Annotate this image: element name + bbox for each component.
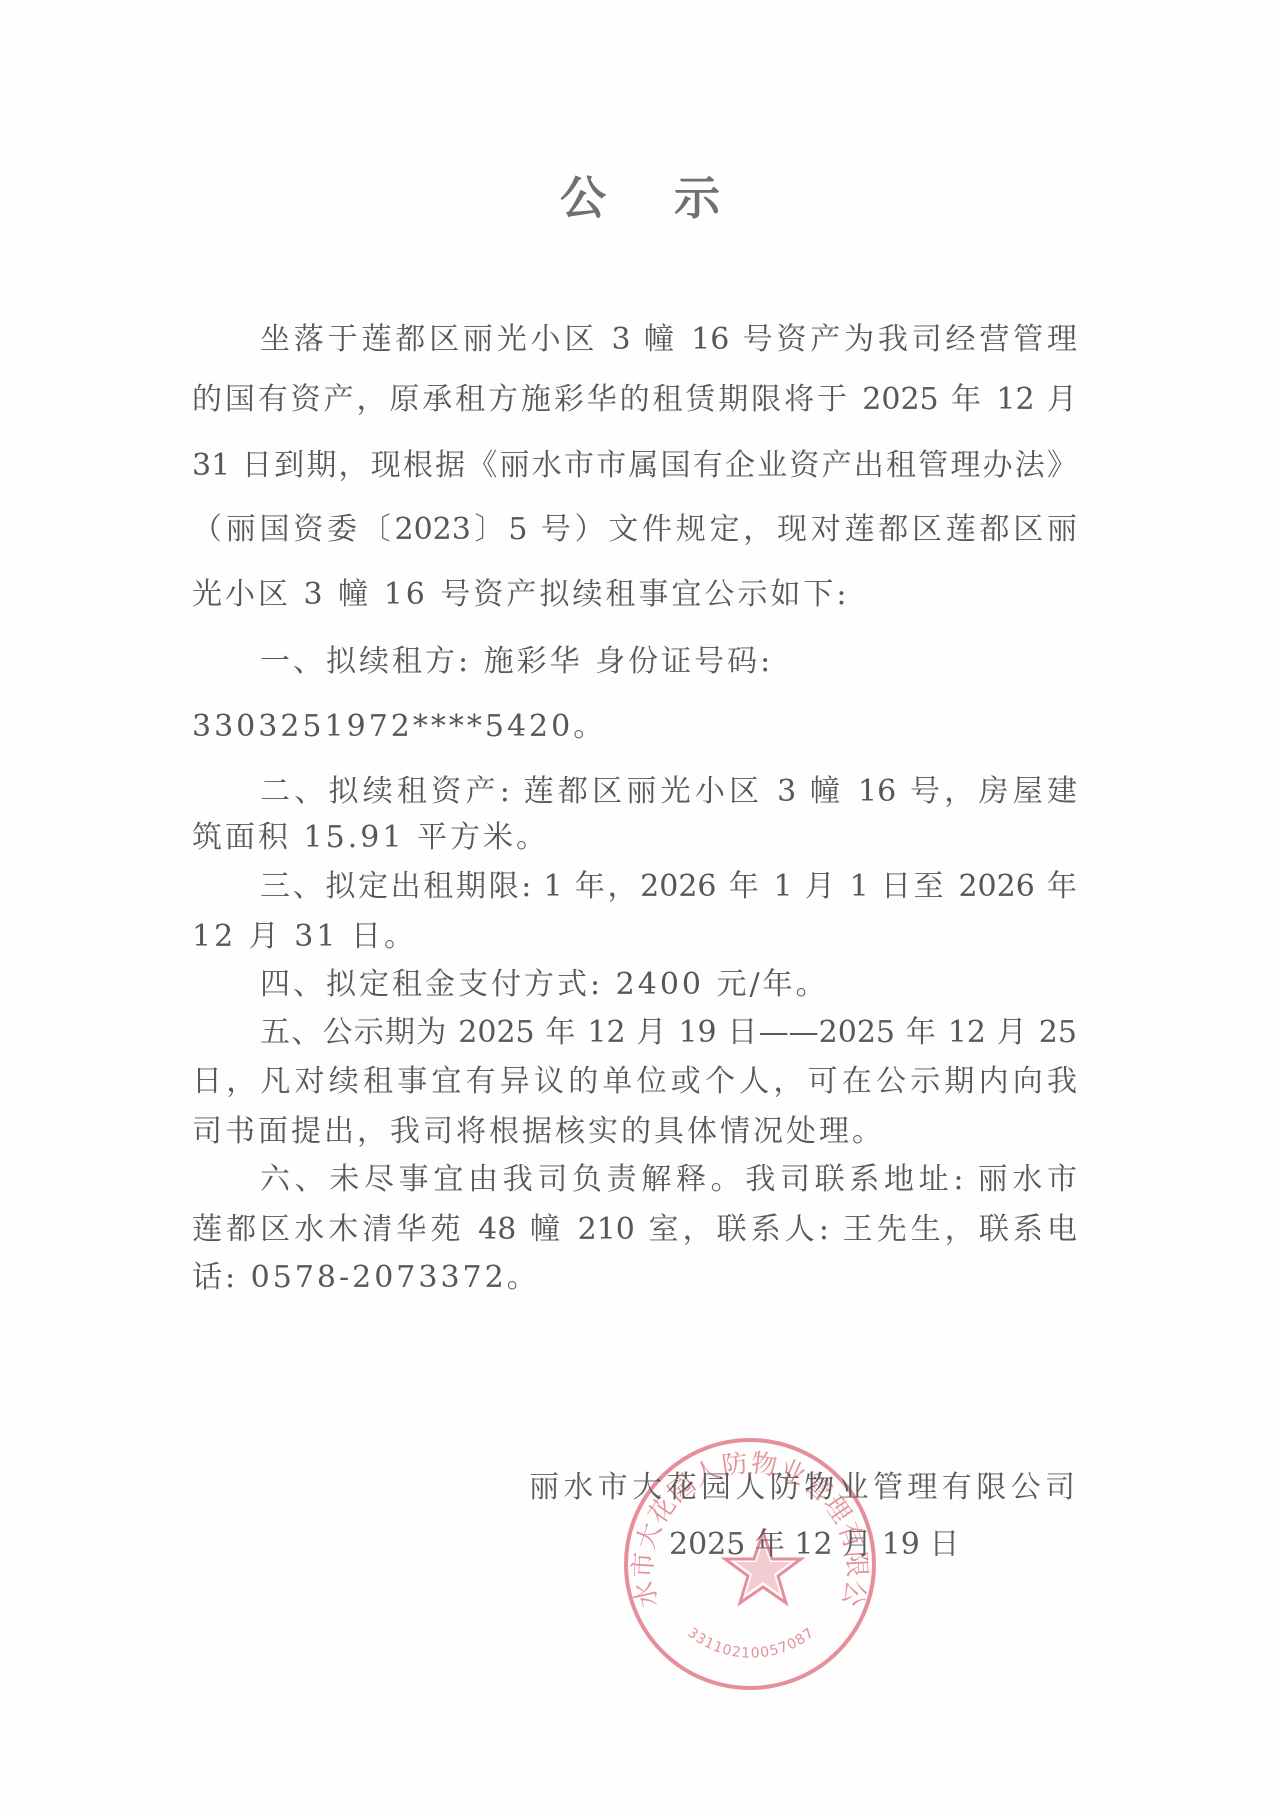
notice-page: 公 示 坐落于莲都区丽光小区 3 幢 16 号资产为我司经营管理 的国有资产，原… [0,0,1280,1810]
item-6-contact: 六、未尽事宜由我司负责解释。我司联系地址: 丽水市 [260,1160,1077,1200]
body-line: 光小区 3 幢 16 号资产拟续租事宜公示如下: [192,575,1077,615]
page-title: 公 示 [0,170,1280,226]
body-line: 坐落于莲都区丽光小区 3 幢 16 号资产为我司经营管理 [260,320,1077,360]
item-3-term-end: 12 月 31 日。 [192,917,1077,957]
item-6-phone: 话: 0578-2073372。 [192,1258,1077,1298]
body-line: 的国有资产，原承租方施彩华的租赁期限将于 2025 年 12 月 [192,380,1077,420]
item-3-term: 三、拟定出租期限: 1 年，2026 年 1 月 1 日至 2026 年 [260,867,1077,907]
body-line: 31 日到期，现根据《丽水市市属国有企业资产出租管理办法》 [192,446,1077,486]
item-6-address: 莲都区水木清华苑 48 幢 210 室，联系人: 王先生，联系电 [192,1210,1077,1250]
item-1-id-number: 3303251972****5420。 [192,707,1077,747]
item-2-area: 筑面积 15.91 平方米。 [192,818,1077,858]
item-5-handling: 司书面提出，我司将根据核实的具体情况处理。 [192,1112,1077,1152]
signature-company: 丽水市大花园人防物业管理有限公司 [529,1468,1075,1508]
item-5-objection: 日，凡对续租事宜有异议的单位或个人，可在公示期内向我 [192,1062,1077,1102]
item-5-period: 五、公示期为 2025 年 12 月 19 日——2025 年 12 月 25 [260,1013,1077,1053]
item-1-tenant: 一、拟续租方: 施彩华 身份证号码: [260,642,1077,682]
signature-date: 2025 年 12 月 19 日 [669,1525,943,1565]
svg-text:33110210057087: 33110210057087 [684,1625,817,1662]
body-line: （丽国资委〔2023〕5 号）文件规定，现对莲都区莲都区丽 [192,510,1077,550]
item-4-rent: 四、拟定租金支付方式: 2400 元/年。 [260,965,1077,1005]
item-2-asset: 二、拟续租资产: 莲都区丽光小区 3 幢 16 号，房屋建 [260,772,1077,812]
